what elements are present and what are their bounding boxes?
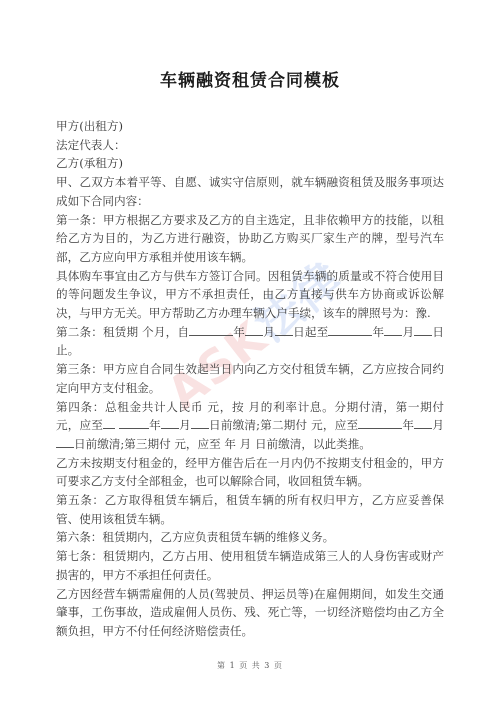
article-2-prefix: 第二条：租赁期 个月，自 (56, 325, 189, 339)
year-label: 年 (372, 325, 384, 339)
legal-representative-label: 法定代表人： (56, 136, 444, 155)
article-6-paragraph: 第六条：租赁期内，乙方应负责租赁车辆的维修义务。 (56, 528, 444, 547)
end-year-blank (328, 323, 372, 336)
employee-liability-paragraph: 乙方因经营车辆需雇佣的人员(驾驶员、押运员等)在雇佣期间，如发生交通肇事，工伤事… (56, 585, 444, 641)
first-installment-year-blank (119, 416, 149, 429)
party-b-label: 乙方(承租方) (56, 154, 444, 173)
second-installment-year-blank (358, 416, 402, 429)
article-4-paragraph: 第四条：总租金共计人民币 元，按 月的利率计息。分期付清，第一期付 元，应至 年… (56, 398, 444, 454)
purchase-details-paragraph: 具体购车事宜由乙方与供车方签订合同。因租赁车辆的质量或不符合使用目的等问题发生争… (56, 267, 444, 323)
article-5-paragraph: 第五条：乙方取得租赁车辆后，租赁车辆的所有权归甲方，乙方应妥善保管、使用该租赁车… (56, 491, 444, 528)
end-day-blank (414, 323, 432, 336)
article-2-paragraph: 第二条：租赁期 个月，自年月日起至年月日止。 (56, 323, 444, 360)
month-label: 月 (179, 418, 191, 432)
article-1-paragraph: 第一条：甲方根据乙方要求及乙方的自主选定，且非依赖甲方的技能，以租给乙方为目的，… (56, 211, 444, 267)
second-installment-text: 日前缴清;第二期付 元，应至 (209, 418, 358, 432)
year-label: 年 (402, 418, 414, 432)
month-label: 月 (402, 325, 414, 339)
start-year-blank (189, 323, 233, 336)
party-a-label: 甲方(出租方) (56, 117, 444, 136)
document-title: 车辆融资租赁合同模板 (0, 66, 500, 91)
document-body: 甲方(出租方) 法定代表人： 乙方(承租方) 甲、乙双方本着平等、自愿、诚实守信… (56, 117, 444, 641)
first-installment-day-blank (191, 416, 209, 429)
article-3-paragraph: 第三条：甲方应自合同生效起当日内向乙方交付租赁车辆，乙方应按合同约定向甲方支付租… (56, 360, 444, 397)
first-installment-month-blank (161, 416, 179, 429)
year-label: 年 (149, 418, 161, 432)
end-month-blank (384, 323, 402, 336)
start-month-blank (245, 323, 263, 336)
preamble-paragraph: 甲、乙双方本着平等、自愿、诚实守信原则，就车辆融资租赁及服务事项达成如下合同内容… (56, 173, 444, 210)
month-label: 月 (432, 418, 444, 432)
month-label: 月 (263, 325, 275, 339)
late-payment-paragraph: 乙方未按期支付租金的，经甲方催告后在一月内仍不按期支付租金的，甲方可要求乙方支付… (56, 454, 444, 491)
start-day-blank (275, 323, 293, 336)
year-label: 年 (233, 325, 245, 339)
document-page: ASK法律 车辆融资租赁合同模板 甲方(出租方) 法定代表人： 乙方(承租方) … (0, 0, 500, 706)
first-installment-blank-a (103, 416, 115, 429)
second-installment-month-blank (414, 416, 432, 429)
second-installment-day-blank (56, 435, 74, 448)
page-number-footer: 第 1 页 共 3 页 (0, 660, 500, 671)
day-from-label: 日起至 (293, 325, 328, 339)
article-7-paragraph: 第七条：租赁期内，乙方占用、使用租赁车辆造成第三人的人身伤害或财产损害的，甲方不… (56, 547, 444, 584)
third-installment-text: 日前缴清;第三期付 元，应至 年 月 日前缴清，以此类推。 (74, 437, 371, 451)
